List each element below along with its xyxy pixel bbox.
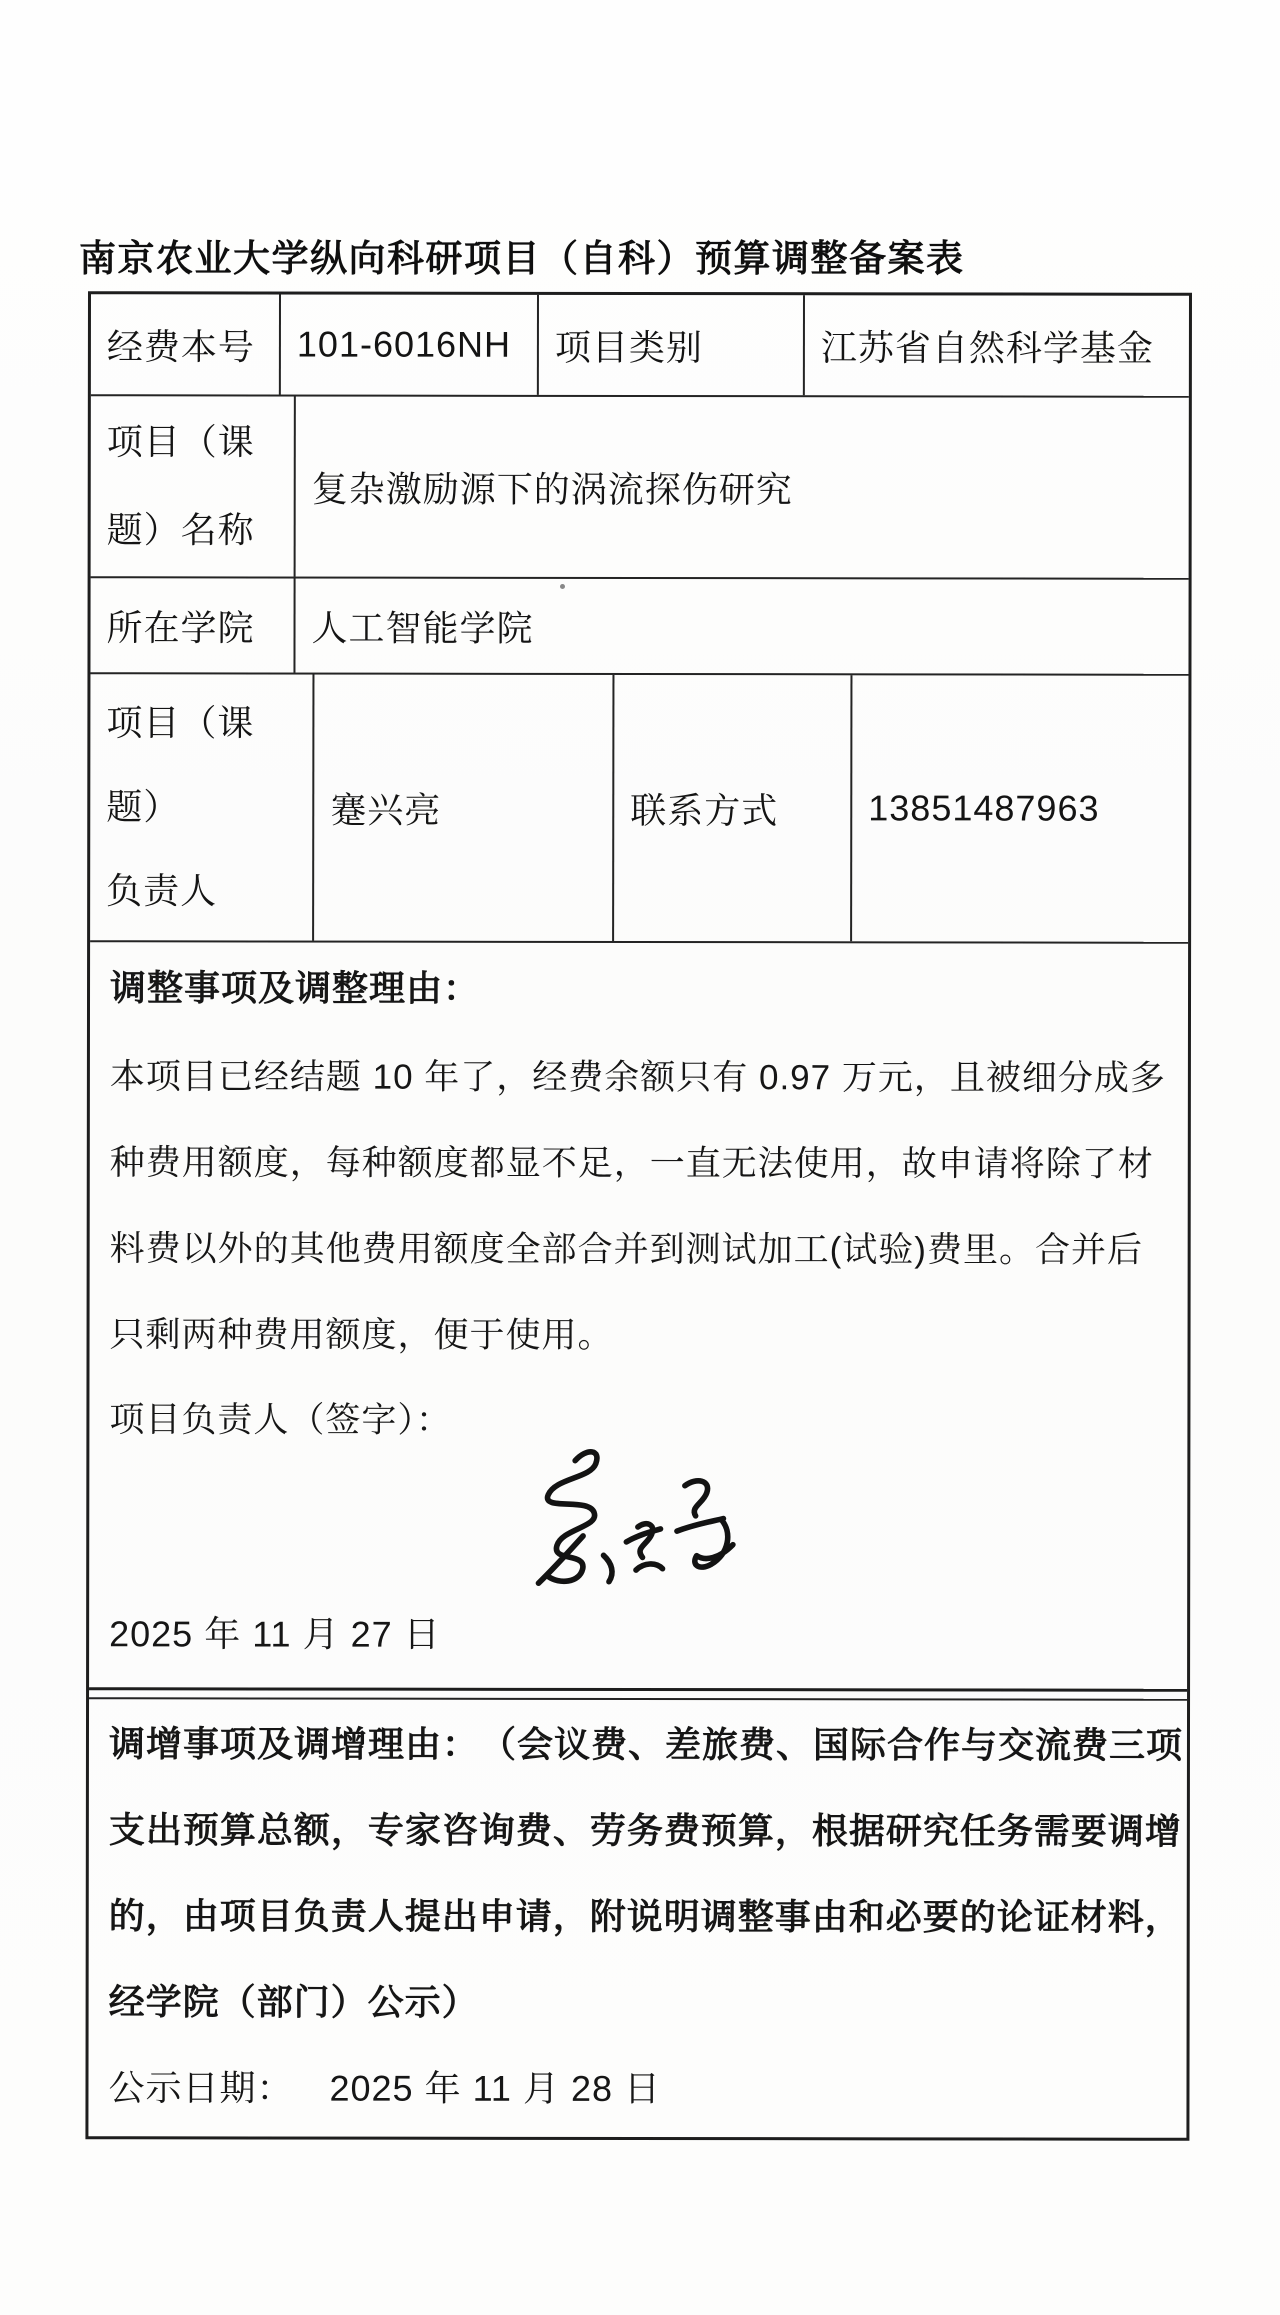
project-category-value: 江苏省自然科学基金 (805, 295, 1189, 396)
leader-label-line3: 负责人 (106, 849, 217, 933)
adjustment-section-header: 调整事项及调整理由： (110, 960, 480, 1017)
funding-number-value: 101-6016NH (281, 294, 539, 394)
contact-label: 联系方式 (614, 675, 852, 941)
handwritten-signature (501, 1429, 744, 1596)
increase-reason-line: 的，由项目负责人提出申请，附说明调整事由和必要的论证材料， (109, 1873, 1167, 1960)
publicity-date-label: 公示日期： (108, 2067, 293, 2108)
table-row-college: 所在学院 人工智能学院 (90, 578, 1188, 676)
publicity-date-row: 公示日期：2025 年 11 月 28 日 (108, 2045, 1166, 2132)
adjustment-reason-line: 只剩两种费用额度，便于使用。 (109, 1292, 1173, 1379)
leader-label: 项目（课 题） 负责人 (90, 674, 314, 940)
leader-label-line1: 项目（课 (106, 681, 254, 765)
adjustment-reason-line: 种费用额度，每种额度都显不足，一直无法使用，故申请将除了材 (110, 1120, 1174, 1207)
adjustment-reason-line: 料费以外的其他费用额度全部合并到测试加工(试验)费里。合并后 (110, 1206, 1174, 1293)
increase-reason-line: 支出预算总额，专家咨询费、劳务费预算，根据研究任务需要调增 (109, 1787, 1167, 1874)
project-name-value: 复杂激励源下的涡流探伤研究 (296, 397, 1189, 578)
document-page: 南京农业大学纵向科研项目（自科）预算调整备案表 经费本号 101-6016NH … (0, 0, 1280, 2315)
table-row-funding: 经费本号 101-6016NH 项目类别 江苏省自然科学基金 (91, 294, 1189, 398)
increase-section: 调增事项及调增理由： （会议费、差旅费、国际合作与交流费三项 支出预算总额，专家… (88, 1699, 1187, 2138)
signature-date: 2025 年 11 月 27 日 (109, 1606, 441, 1662)
leader-label-line2: 题） (106, 765, 180, 849)
adjustment-section: 调整事项及调整理由： 本项目已经结题 10 年了，经费余额只有 0.97 万元，… (89, 942, 1188, 1692)
table-row-project-name: 项目（课 题）名称 复杂激励源下的涡流探伤研究 (91, 396, 1189, 580)
leader-name-value: 蹇兴亮 (314, 675, 614, 941)
project-name-label-line1: 项目（课 (107, 398, 255, 486)
increase-reason-line: 调增事项及调增理由： （会议费、差旅费、国际合作与交流费三项 (109, 1701, 1167, 1788)
project-category-label: 项目类别 (539, 295, 805, 395)
budget-adjustment-form: 经费本号 101-6016NH 项目类别 江苏省自然科学基金 项目（课 题）名称… (85, 291, 1192, 2141)
adjustment-reason-line: 本项目已经结题 10 年了，经费余额只有 0.97 万元，且被细分成多 (110, 1034, 1174, 1121)
project-name-label: 项目（课 题）名称 (91, 396, 296, 576)
college-value: 人工智能学院 (295, 579, 1188, 674)
college-label: 所在学院 (90, 578, 295, 672)
page-title: 南京农业大学纵向科研项目（自科）预算调整备案表 (79, 228, 965, 282)
table-row-leader: 项目（课 题） 负责人 蹇兴亮 联系方式 13851487963 (90, 674, 1188, 944)
photo-speck-artifact (560, 584, 565, 589)
project-name-label-line2: 题）名称 (107, 486, 255, 574)
leader-signature-label: 项目负责人（签字）： (109, 1392, 452, 1448)
funding-number-label: 经费本号 (91, 294, 281, 394)
adjustment-reason-text: 本项目已经结题 10 年了，经费余额只有 0.97 万元，且被细分成多 种费用额… (109, 1034, 1173, 1379)
contact-phone-value: 13851487963 (852, 675, 1188, 941)
increase-reason-line: 经学院（部门）公示） (109, 1959, 1167, 2046)
publicity-date-value: 2025 年 11 月 28 日 (329, 2068, 661, 2109)
